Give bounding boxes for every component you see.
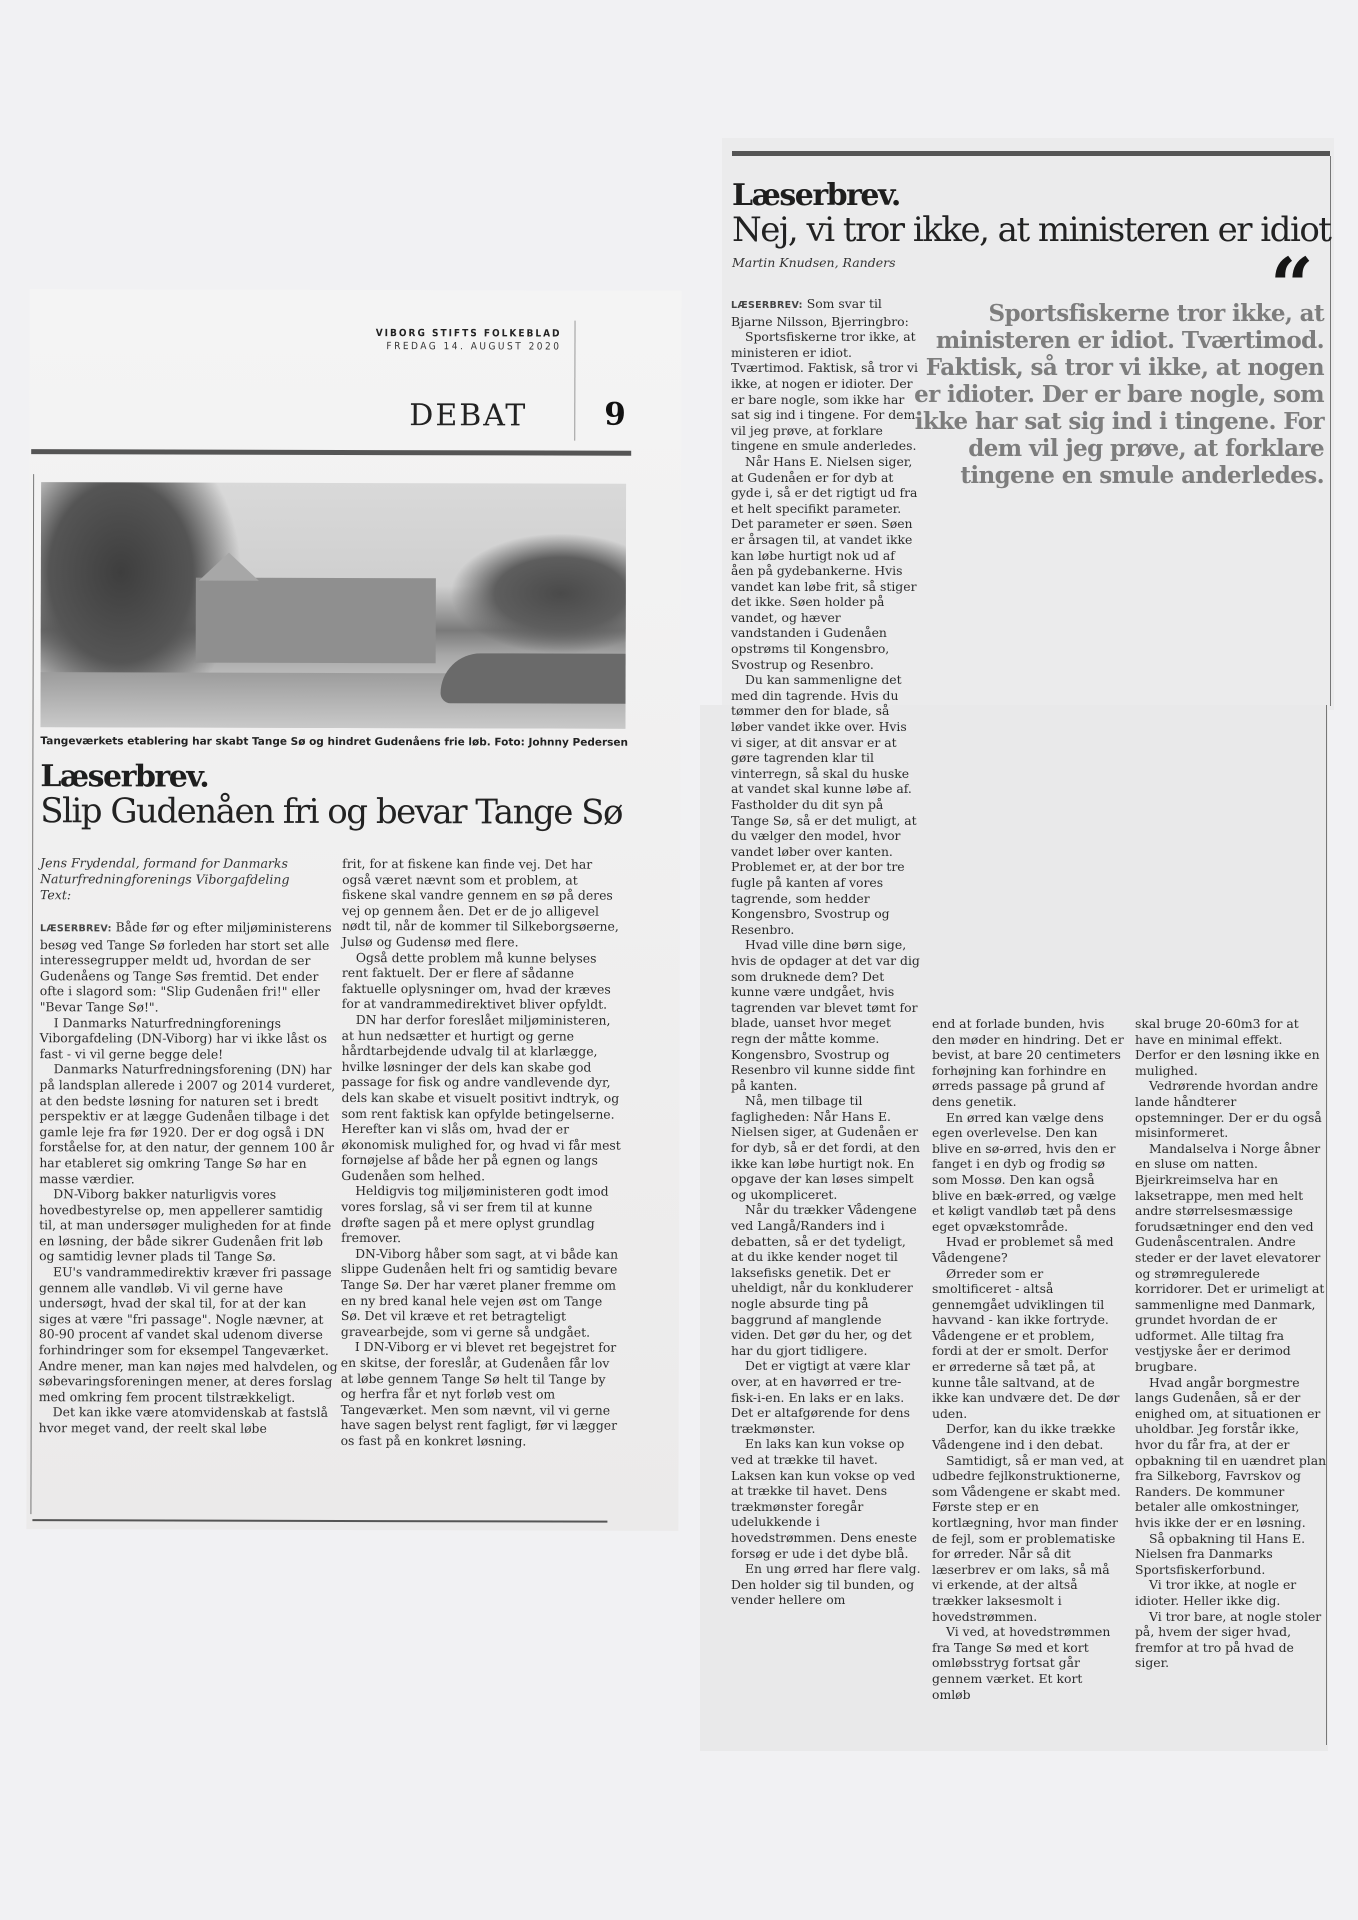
- header-rule: [732, 151, 1330, 156]
- paragraph: DN har derfor foreslået miljøministeren,…: [341, 1012, 621, 1184]
- paragraph: Vi tror ikke, at nogle er idioter. Helle…: [1135, 1577, 1327, 1608]
- paragraph: DN-Viborg håber som sagt, at vi både kan…: [341, 1246, 621, 1340]
- headline: Slip Gudenåen fri og bevar Tange Sø: [40, 794, 622, 831]
- paragraph: Sportsfiskerne tror ikke, at ministeren …: [731, 329, 921, 454]
- masthead-divider: [574, 321, 575, 441]
- photo-bank: [441, 653, 626, 703]
- paragraph: Så opbakning til Hans E. Nielsen fra Dan…: [1135, 1531, 1327, 1578]
- paragraph: Vi ved, at hovedstrømmen fra Tange Sø me…: [932, 1624, 1124, 1702]
- article-header: Læserbrev. Slip Gudenåen fri og bevar Ta…: [40, 759, 622, 831]
- pull-quote: Sportsfiskerne tror ikke, at ministeren …: [912, 300, 1324, 489]
- paragraph: Derfor, kan du ikke trække Vådengene ind…: [932, 1421, 1124, 1452]
- paragraph: Heldigvis tog miljøministeren godt imod …: [341, 1183, 621, 1246]
- paragraph: I DN-Viborg er vi blevet ret begejstret …: [341, 1339, 621, 1449]
- byline-line: Naturfredningforenings Viborgafdeling: [40, 871, 340, 888]
- article-column-1: Jens Frydendal, formand for Danmarks Nat…: [39, 855, 341, 1436]
- paragraph: Hvad er problemet så med Vådengene?: [932, 1234, 1124, 1265]
- paragraph: Ørreder som er smoltificeret - altså gen…: [932, 1266, 1124, 1422]
- headline: Nej, vi tror ikke, at ministeren er idio…: [732, 213, 1330, 249]
- section-tag: LÆSERBREV:: [731, 300, 803, 311]
- byline: Jens Frydendal, formand for Danmarks Nat…: [40, 855, 340, 904]
- paragraph: Samtidigt, så er man ved, at udbedre fej…: [932, 1453, 1124, 1625]
- paragraph: frit, for at fiskene kan finde vej. Det …: [342, 856, 622, 950]
- section-tag: LÆSERBREV:: [40, 923, 112, 934]
- paragraph: Det er vigtigt at være klar over, at en …: [731, 1358, 921, 1436]
- paragraph: En laks kan kun vokse op ved at trække t…: [731, 1436, 921, 1561]
- right-article-column-2: end at forlade bunden, hvis den møder en…: [932, 1016, 1124, 1702]
- paragraph: Det kan ikke være atomvidenskab at fasts…: [39, 1405, 339, 1437]
- paragraph: Også dette problem må kunne belyses rent…: [342, 950, 622, 1013]
- newspaper-name: VIBORG STIFTS FOLKEBLAD: [376, 328, 562, 339]
- section-title: DEBAT: [409, 398, 527, 433]
- paragraph: En ørred kan vælge dens egen overlevelse…: [932, 1110, 1124, 1235]
- paragraph: skal bruge 20-60m3 for at have en minima…: [1135, 1016, 1327, 1078]
- left-newspaper-clipping: VIBORG STIFTS FOLKEBLAD FREDAG 14. AUGUS…: [26, 289, 681, 1531]
- photo-tangevaerket: [40, 482, 626, 729]
- photo-building: [196, 578, 436, 664]
- paragraph: Nå, men tilbage til fagligheden: Når Han…: [731, 1093, 921, 1202]
- paragraph: Danmarks Naturfredningsforening (DN) har…: [39, 1062, 339, 1188]
- left-border-rule: [30, 474, 34, 1514]
- page-number: 9: [604, 397, 626, 433]
- header-rule: [31, 449, 631, 456]
- paragraph: Vi tror bare, at nogle stoler på, hvem d…: [1135, 1609, 1327, 1671]
- kicker: Læserbrev.: [40, 759, 622, 796]
- paragraph: Hvad ville dine børn sige, hvis de opdag…: [731, 937, 921, 1093]
- paragraph: DN-Viborg bakker naturligvis vores hoved…: [39, 1186, 339, 1265]
- byline-line: Text:: [40, 887, 340, 904]
- paragraph: Mandalselva i Norge åbner en sluse om na…: [1135, 1141, 1327, 1375]
- right-article-column-1: LÆSERBREV: Som svar til Bjarne Nilsson, …: [731, 296, 921, 1608]
- photo-roof: [199, 553, 259, 581]
- paragraph: EU's vandrammedirektiv kræver fri passag…: [39, 1264, 339, 1405]
- paragraph: end at forlade bunden, hvis den møder en…: [932, 1016, 1124, 1110]
- paragraph: Du kan sammenligne det med din tagrende.…: [731, 672, 921, 937]
- paragraph: En ung ørred har flere valg. Den holder …: [731, 1561, 921, 1608]
- publication-date: FREDAG 14. AUGUST 2020: [376, 341, 562, 352]
- photo-caption: Tangeværkets etablering har skabt Tange …: [40, 735, 628, 749]
- byline-line: Jens Frydendal, formand for Danmarks: [40, 855, 340, 872]
- footer-rule: [32, 1519, 607, 1523]
- paragraph: Hvad angår borgmestre langs Gudenåen, så…: [1135, 1375, 1327, 1531]
- paragraph: I Danmarks Naturfredningforenings Viborg…: [40, 1015, 340, 1063]
- paragraph: Vedrørende hvordan andre lande håndterer…: [1135, 1078, 1327, 1140]
- right-article-column-3: skal bruge 20-60m3 for at have en minima…: [1135, 1016, 1327, 1671]
- paragraph: LÆSERBREV: Både før og efter miljøminist…: [40, 919, 340, 1015]
- paragraph: Når du trækker Vådengene ved Langå/Rande…: [731, 1202, 921, 1358]
- article-header: Læserbrev. Nej, vi tror ikke, at ministe…: [732, 178, 1330, 271]
- paragraph: Når Hans E. Nielsen siger, at Gudenåen e…: [731, 454, 921, 672]
- article-column-2: frit, for at fiskene kan finde vej. Det …: [341, 856, 623, 1449]
- kicker: Læserbrev.: [732, 178, 1330, 213]
- masthead: VIBORG STIFTS FOLKEBLAD FREDAG 14. AUGUS…: [376, 328, 562, 352]
- paragraph: LÆSERBREV: Som svar til Bjarne Nilsson, …: [731, 296, 921, 329]
- byline: Martin Knudsen, Randers: [732, 255, 1330, 271]
